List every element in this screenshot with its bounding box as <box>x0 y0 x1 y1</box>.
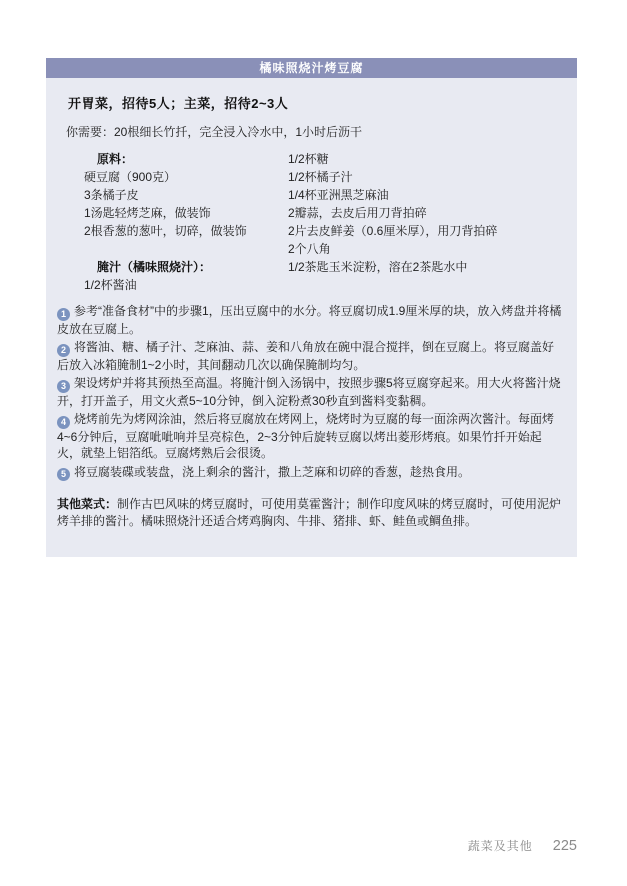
ingredient-row: 1/2杯酱油 <box>84 276 288 294</box>
ingredient-text: 1/2杯橘子汁 <box>288 170 353 184</box>
ingredient-row <box>84 240 288 258</box>
ingredient-text: 2片去皮鲜姜（0.6厘米厚），用刀背拍碎 <box>288 224 497 238</box>
ingredient-text: 2个八角 <box>288 242 331 256</box>
ingredient-text: 2瓣蒜，去皮后用刀背拍碎 <box>288 206 427 220</box>
ingredient-row: 腌汁（橘味照烧汁）： <box>84 258 288 276</box>
recipe-card: 橘味照烧汁烤豆腐 开胃菜，招待5人；主菜，招待2~3人 你需要：20根细长竹扦，… <box>46 58 577 557</box>
ingredient-text: 1/2杯糖 <box>288 152 329 166</box>
ingredient-row: 2个八角 <box>288 240 563 258</box>
step-number-badge: 3 <box>57 380 70 393</box>
recipe-title-bar: 橘味照烧汁烤豆腐 <box>46 58 577 78</box>
step-text: 烧烤前先为烤网涂油，然后将豆腐放在烤网上，烧烤时为豆腐的每一面涂两次酱汁。每面烤… <box>57 412 554 460</box>
ingredient-row: 硬豆腐（900克） <box>84 168 288 186</box>
ingredients-right-column: 1/2杯糖 1/2杯橘子汁 1/4杯亚洲黑芝麻油 2瓣蒜，去皮后用刀背拍碎 <box>288 150 563 294</box>
step-number-badge: 5 <box>57 468 70 481</box>
ingredient-text: 3条橘子皮 <box>84 188 139 202</box>
ingredient-text: 1汤匙轻烤芝麻，做装饰 <box>84 206 211 220</box>
variation-label: 其他菜式： <box>57 497 117 511</box>
step-text: 将豆腐装碟或装盘，浇上剩余的酱汁，撒上芝麻和切碎的香葱，趁热食用。 <box>74 465 470 479</box>
step-text: 架设烤炉并将其预热至高温。将腌汁倒入汤锅中，按照步骤5将豆腐穿起来。用大火将酱汁… <box>57 376 561 408</box>
equipment-line: 你需要：20根细长竹扦，完全浸入冷水中，1小时后沥干 <box>66 123 563 140</box>
recipe-title: 橘味照烧汁烤豆腐 <box>259 61 363 75</box>
ingredient-text: 原料： <box>97 152 133 166</box>
ingredient-text: 腌汁（橘味照烧汁）： <box>97 260 211 274</box>
ingredient-row: 2瓣蒜，去皮后用刀背拍碎 <box>288 204 563 222</box>
ingredient-text: 硬豆腐（900克） <box>84 170 176 184</box>
ingredient-row: 1/2杯橘子汁 <box>288 168 563 186</box>
page-footer: 蔬菜及其他 225 <box>468 837 577 854</box>
ingredient-row: 3条橘子皮 <box>84 186 288 204</box>
serving-line: 开胃菜，招待5人；主菜，招待2~3人 <box>68 93 563 112</box>
recipe-body: 开胃菜，招待5人；主菜，招待2~3人 你需要：20根细长竹扦，完全浸入冷水中，1… <box>46 78 577 557</box>
step-item: 3架设烤炉并将其预热至高温。将腌汁倒入汤锅中，按照步骤5将豆腐穿起来。用大火将酱… <box>57 375 563 409</box>
book-page: 橘味照烧汁烤豆腐 开胃菜，招待5人；主菜，招待2~3人 你需要：20根细长竹扦，… <box>0 0 627 886</box>
step-text: 将酱油、糖、橘子汁、芝麻油、蒜、姜和八角放在碗中混合搅拌，倒在豆腐上。将豆腐盖好… <box>57 340 554 372</box>
ingredient-row: 1/2茶匙玉米淀粉，溶在2茶匙水中 <box>288 258 563 276</box>
step-number-badge: 4 <box>57 416 70 429</box>
step-number-badge: 1 <box>57 308 70 321</box>
ingredient-row: 原料： <box>84 150 288 168</box>
step-item: 2将酱油、糖、橘子汁、芝麻油、蒜、姜和八角放在碗中混合搅拌，倒在豆腐上。将豆腐盖… <box>57 339 563 373</box>
ingredient-row: 1/2杯糖 <box>288 150 563 168</box>
footer-page-number: 225 <box>553 838 577 854</box>
ingredient-text: 1/2杯酱油 <box>84 278 137 292</box>
ingredient-row: 1汤匙轻烤芝麻，做装饰 <box>84 204 288 222</box>
variation-note: 其他菜式：制作古巴风味的烤豆腐时，可使用莫霍酱汁；制作印度风味的烤豆腐时，可使用… <box>57 496 563 529</box>
ingredients-left-column: 原料： 硬豆腐（900克） 3条橘子皮 1汤匙轻烤芝麻，做装饰 <box>84 150 288 294</box>
ingredient-text: 1/2茶匙玉米淀粉，溶在2茶匙水中 <box>288 260 467 274</box>
ingredients-section: 原料： 硬豆腐（900克） 3条橘子皮 1汤匙轻烤芝麻，做装饰 <box>84 150 563 294</box>
ingredient-row: 2片去皮鲜姜（0.6厘米厚），用刀背拍碎 <box>288 222 563 240</box>
step-text: 参考“准备食材”中的步骤1，压出豆腐中的水分。将豆腐切成1.9厘米厚的块，放入烤… <box>57 304 561 336</box>
variation-text: 制作古巴风味的烤豆腐时，可使用莫霍酱汁；制作印度风味的烤豆腐时，可使用泥炉烤羊排… <box>57 497 561 528</box>
step-item: 5将豆腐装碟或装盘，浇上剩余的酱汁，撒上芝麻和切碎的香葱，趁热食用。 <box>57 464 563 482</box>
ingredient-row: 2根香葱的葱叶，切碎，做装饰 <box>84 222 288 240</box>
step-item: 1参考“准备食材”中的步骤1，压出豆腐中的水分。将豆腐切成1.9厘米厚的块，放入… <box>57 303 563 337</box>
step-number-badge: 2 <box>57 344 70 357</box>
steps-list: 1参考“准备食材”中的步骤1，压出豆腐中的水分。将豆腐切成1.9厘米厚的块，放入… <box>57 303 563 481</box>
ingredient-text: 2根香葱的葱叶，切碎，做装饰 <box>84 224 247 238</box>
ingredient-text: 1/4杯亚洲黑芝麻油 <box>288 188 389 202</box>
footer-section-label: 蔬菜及其他 <box>468 837 533 854</box>
ingredient-row: 1/4杯亚洲黑芝麻油 <box>288 186 563 204</box>
step-item: 4烧烤前先为烤网涂油，然后将豆腐放在烤网上，烧烤时为豆腐的每一面涂两次酱汁。每面… <box>57 411 563 462</box>
